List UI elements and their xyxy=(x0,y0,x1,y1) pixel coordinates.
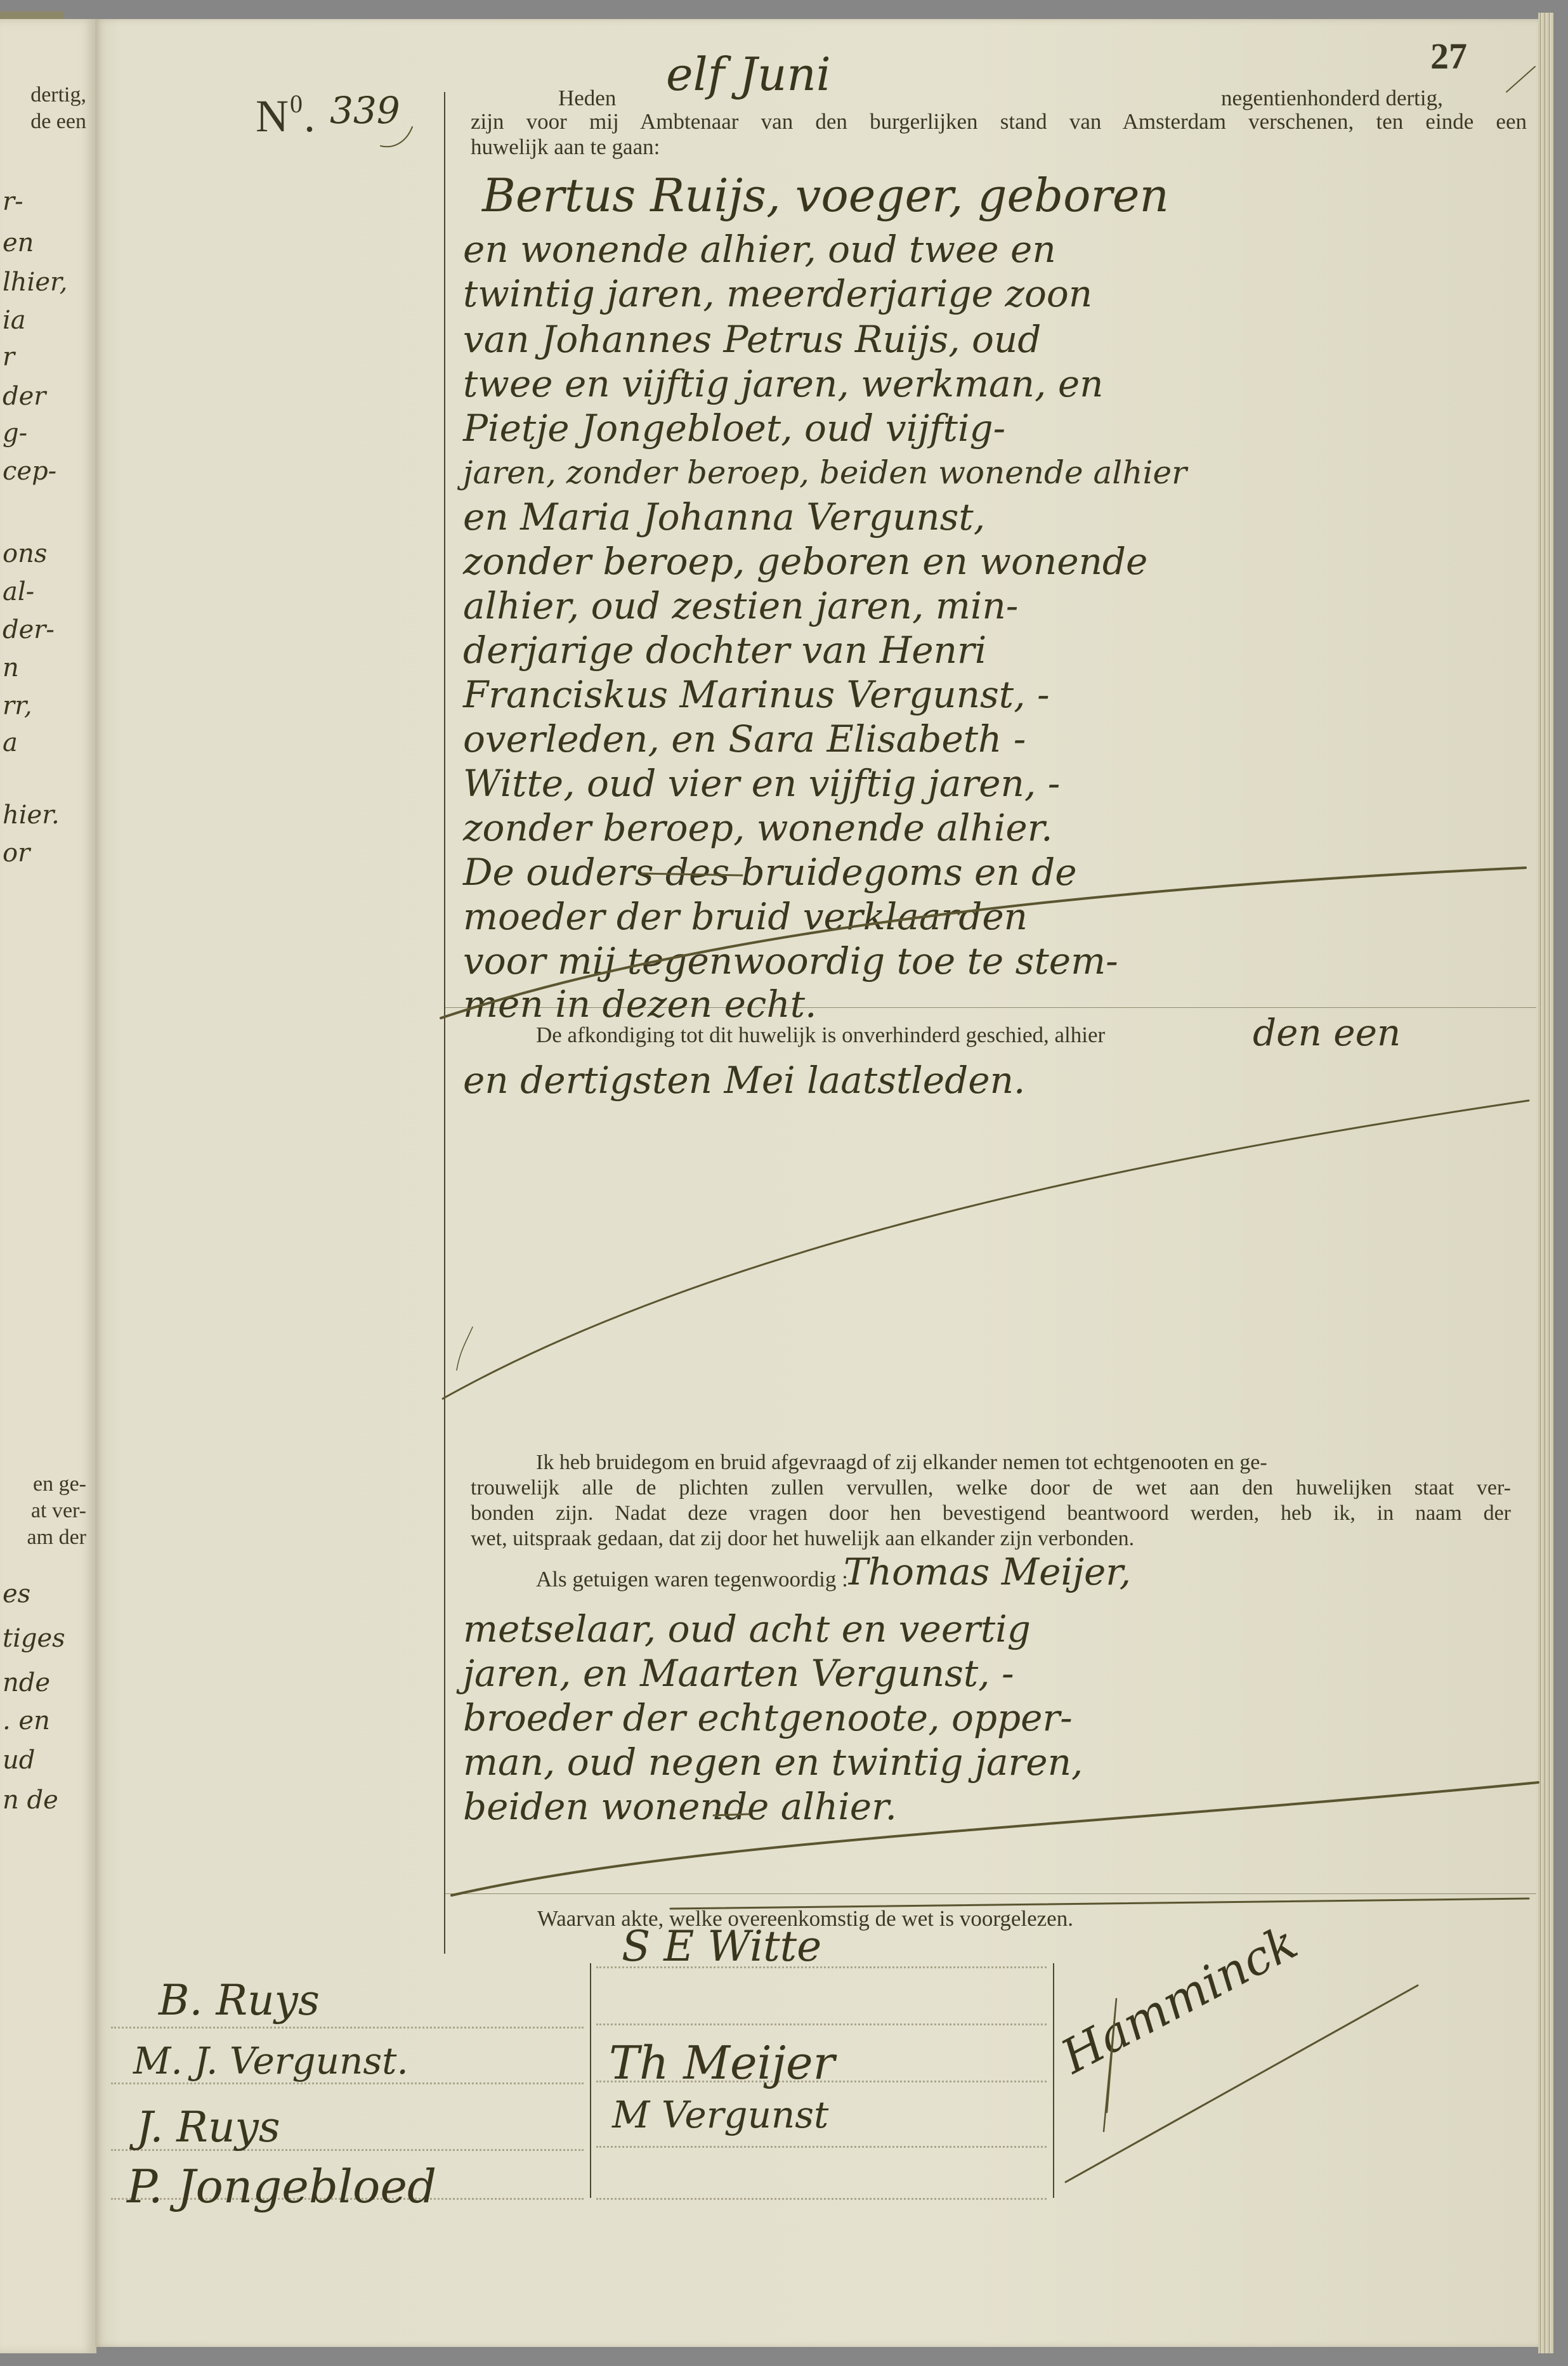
cancellation-strokes xyxy=(0,0,1568,2366)
